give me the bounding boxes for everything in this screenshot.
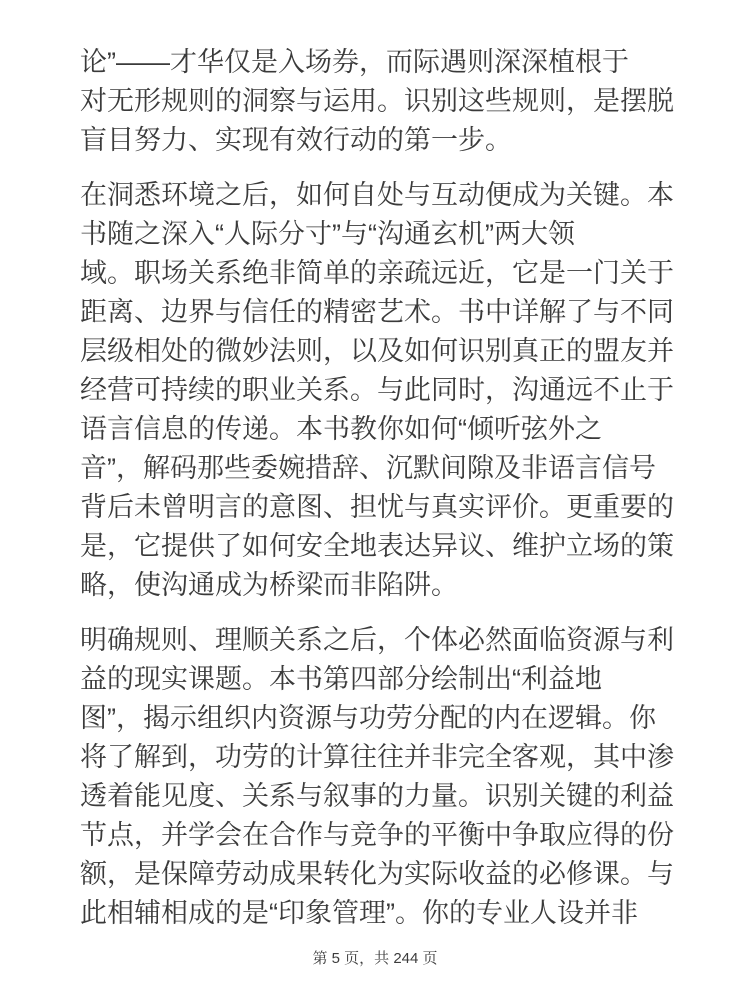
paragraph-1: 论”——才华仅是入场券，而际遇则深深植根于 对无形规则的洞察与运用。识别这些规则…: [80, 43, 676, 160]
page-content: 论”——才华仅是入场券，而际遇则深深植根于 对无形规则的洞察与运用。识别这些规则…: [80, 43, 676, 949]
paragraph-2: 在洞悉环境之后，如何自处与互动便成为关键。本 书随之深入“人际分寸”与“沟通玄机…: [80, 176, 676, 605]
page-number-indicator: 第 5 页，共 244 页: [0, 949, 750, 969]
paragraph-3: 明确规则、理顺关系之后，个体必然面临资源与利 益的现实课题。本书第四部分绘制出“…: [80, 621, 676, 933]
document-page: 论”——才华仅是入场券，而际遇则深深植根于 对无形规则的洞察与运用。识别这些规则…: [0, 0, 750, 1000]
